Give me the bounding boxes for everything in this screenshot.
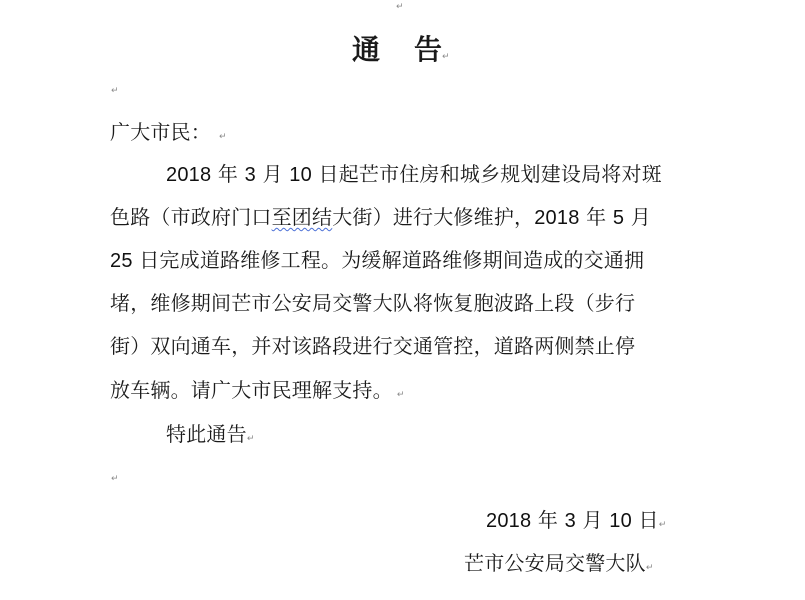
body-line-5: 街）双向通车，并对该路段进行交通管控，道路两侧禁止停 — [110, 334, 635, 358]
month-number: 3 — [245, 164, 256, 186]
paragraph-mark-icon: ↵ — [397, 390, 405, 400]
text-fragment: 大街）进行大修维护， — [332, 205, 534, 229]
text-fragment: 月 — [256, 162, 289, 186]
spellcheck-underlined-text[interactable]: 至团结 — [272, 205, 333, 229]
signature-text: 芒市公安局交警大队 — [464, 551, 646, 575]
text-fragment: 月 — [624, 205, 651, 229]
paragraph-mark-icon: ↵ — [646, 563, 654, 573]
body-line-4: 堵，维修期间芒市公安局交警大队将恢复胞波路上段（步行 — [110, 291, 635, 315]
salutation-text: 广大市民： — [110, 120, 211, 144]
day-number: 25 — [110, 250, 133, 272]
body-line-2: 色路（市政府门口至团结大街）进行大修维护，2018 年 5 月 — [110, 205, 651, 230]
text-fragment: 日起芒市住房和城乡规划建设局将对斑 — [312, 162, 662, 186]
title-char-1: 通 — [352, 33, 380, 66]
body-line-3: 25 日完成道路维修工程。为缓解道路维修期间造成的交通拥 — [110, 248, 644, 273]
body-line-6: 放车辆。请广大市民理解支持。↵ — [110, 378, 404, 407]
title-char-2: 告 — [414, 33, 442, 66]
day-number: 10 — [609, 510, 632, 532]
year-number: 2018 — [534, 207, 579, 229]
closing-text: 特此通告 — [166, 422, 247, 446]
paragraph-mark-icon: ↵ — [111, 86, 119, 96]
signature-line: 芒市公安局交警大队↵ — [464, 551, 653, 580]
paragraph-mark-icon: ↵ — [442, 52, 450, 62]
text-fragment: 色路（市政府门口 — [110, 205, 272, 229]
paragraph-mark-icon: ↵ — [396, 2, 404, 12]
text-fragment: 堵，维修期间芒市公安局交警大队将恢复胞波路上段（步行 — [110, 291, 635, 315]
paragraph-mark-icon: ↵ — [659, 520, 667, 530]
text-fragment: 年 — [211, 162, 244, 186]
month-number: 5 — [613, 207, 624, 229]
paragraph-mark-icon: ↵ — [247, 434, 255, 444]
text-fragment: 街）双向通车，并对该路段进行交通管控，道路两侧禁止停 — [110, 334, 635, 358]
month-number: 3 — [565, 510, 576, 532]
day-number: 10 — [289, 164, 312, 186]
document-page: ↵ 通告↵ ↵ 广大市民：↵ 2018 年 3 月 10 日起芒市住房和城乡规划… — [0, 0, 805, 600]
page-title: 通告↵ — [352, 28, 450, 68]
text-fragment: 日 — [632, 508, 659, 532]
year-number: 2018 — [166, 164, 211, 186]
body-line-1: 2018 年 3 月 10 日起芒市住房和城乡规划建设局将对斑 — [166, 162, 662, 187]
salutation: 广大市民：↵ — [110, 120, 227, 149]
year-number: 2018 — [486, 510, 531, 532]
text-fragment: 月 — [576, 508, 609, 532]
closing-line: 特此通告↵ — [166, 422, 254, 451]
text-fragment: 年 — [580, 205, 613, 229]
paragraph-mark-icon: ↵ — [111, 474, 119, 484]
text-fragment: 日完成道路维修工程。为缓解道路维修期间造成的交通拥 — [133, 248, 645, 272]
paragraph-mark-icon: ↵ — [219, 132, 227, 142]
text-fragment: 放车辆。请广大市民理解支持。 — [110, 378, 393, 402]
text-fragment: 年 — [531, 508, 564, 532]
date-line: 2018 年 3 月 10 日↵ — [486, 508, 666, 537]
